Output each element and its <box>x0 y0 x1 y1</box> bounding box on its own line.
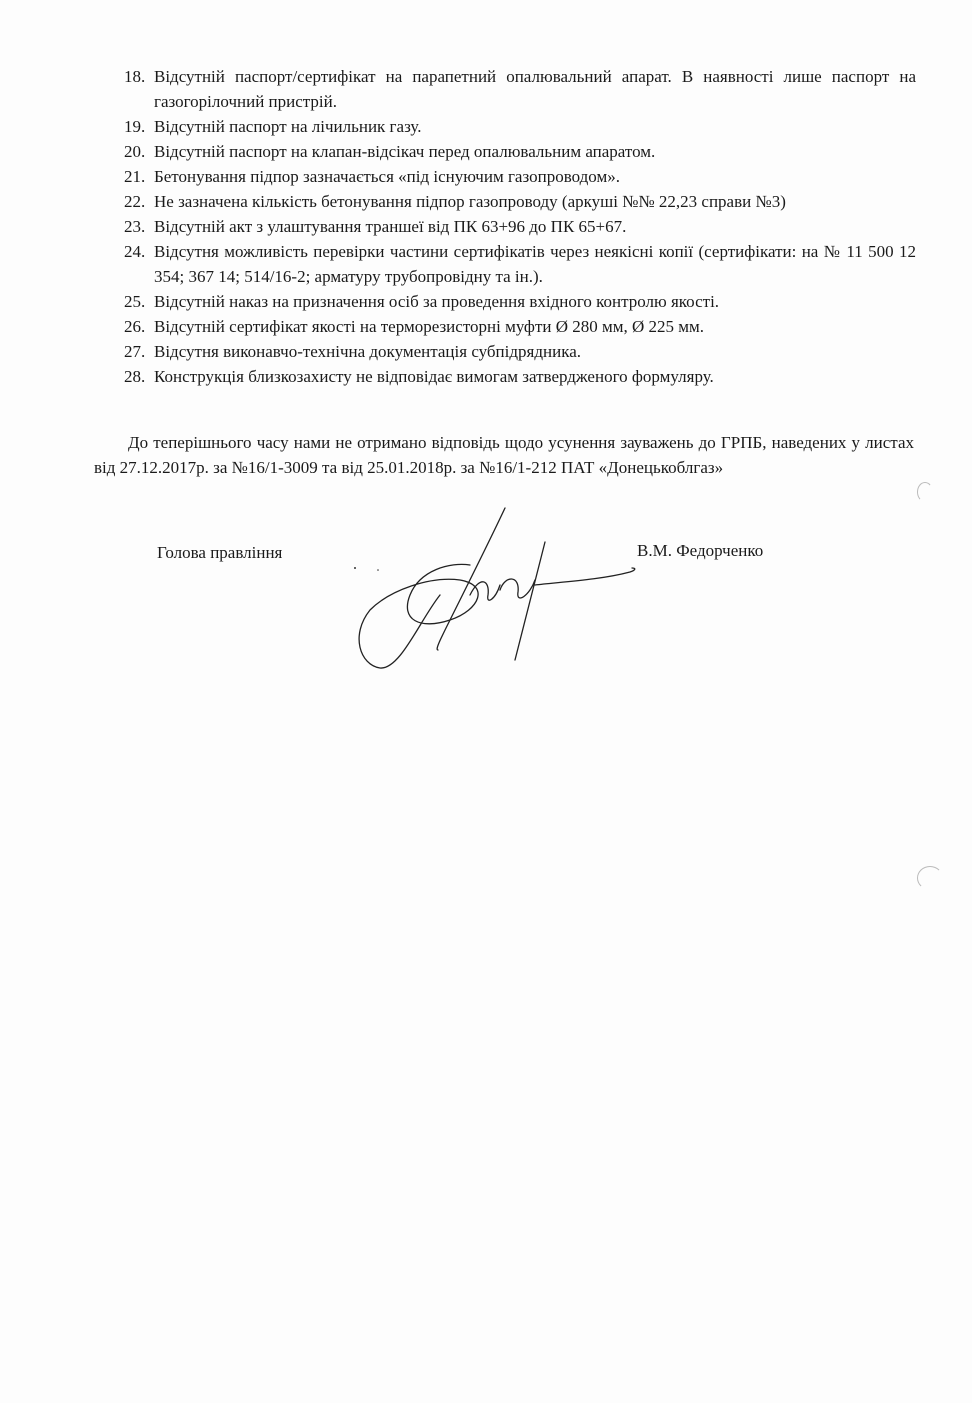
list-item: 22.Не зазначена кількість бетонування пі… <box>118 189 916 214</box>
item-text: Відсутній наказ на призначення осіб за п… <box>154 292 719 311</box>
list-item: 26.Відсутній сертифікат якості на термор… <box>118 314 916 339</box>
item-number: 22. <box>124 189 145 214</box>
item-number: 25. <box>124 289 145 314</box>
item-number: 28. <box>124 364 145 389</box>
item-text: Відсутній паспорт/сертифікат на парапетн… <box>154 67 916 111</box>
margin-mark <box>917 866 943 890</box>
item-text: Не зазначена кількість бетонування підпо… <box>154 192 786 211</box>
list-item: 19.Відсутній паспорт на лічильник газу. <box>118 114 916 139</box>
list-item: 25.Відсутній наказ на призначення осіб з… <box>118 289 916 314</box>
list-item: 27.Відсутня виконавчо-технічна документа… <box>118 339 916 364</box>
item-number: 21. <box>124 164 145 189</box>
item-number: 20. <box>124 139 145 164</box>
item-number: 19. <box>124 114 145 139</box>
document-page: 18.Відсутній паспорт/сертифікат на парап… <box>0 0 972 1403</box>
list-item: 24.Відсутня можливість перевірки частини… <box>118 239 916 289</box>
remarks-list: 18.Відсутній паспорт/сертифікат на парап… <box>118 64 916 389</box>
list-item: 23.Відсутній акт з улаштування траншеї в… <box>118 214 916 239</box>
item-text: Відсутній сертифікат якості на терморези… <box>154 317 704 336</box>
list-item: 20.Відсутній паспорт на клапан-відсікач … <box>118 139 916 164</box>
closing-paragraph: До теперішнього часу нами не отримано ві… <box>94 430 914 480</box>
signatory-role: Голова правління <box>157 543 282 563</box>
list-item: 21.Бетонування підпор зазначається «під … <box>118 164 916 189</box>
item-number: 26. <box>124 314 145 339</box>
item-number: 23. <box>124 214 145 239</box>
list-item: 28.Конструкція близкозахисту не відповід… <box>118 364 916 389</box>
item-text: Відсутній паспорт на клапан-відсікач пер… <box>154 142 655 161</box>
list-item: 18.Відсутній паспорт/сертифікат на парап… <box>118 64 916 114</box>
item-number: 24. <box>124 239 145 264</box>
signatory-name: В.М. Федорченко <box>637 541 763 561</box>
item-text: Бетонування підпор зазначається «під існ… <box>154 167 620 186</box>
item-text: Відсутня можливість перевірки частини се… <box>154 242 916 286</box>
item-text: Відсутній акт з улаштування траншеї від … <box>154 217 626 236</box>
item-text: Конструкція близкозахисту не відповідає … <box>154 367 714 386</box>
margin-mark <box>917 482 933 502</box>
item-number: 18. <box>124 64 145 89</box>
item-number: 27. <box>124 339 145 364</box>
signature-image <box>340 500 650 680</box>
item-text: Відсутній паспорт на лічильник газу. <box>154 117 421 136</box>
item-text: Відсутня виконавчо-технічна документація… <box>154 342 581 361</box>
